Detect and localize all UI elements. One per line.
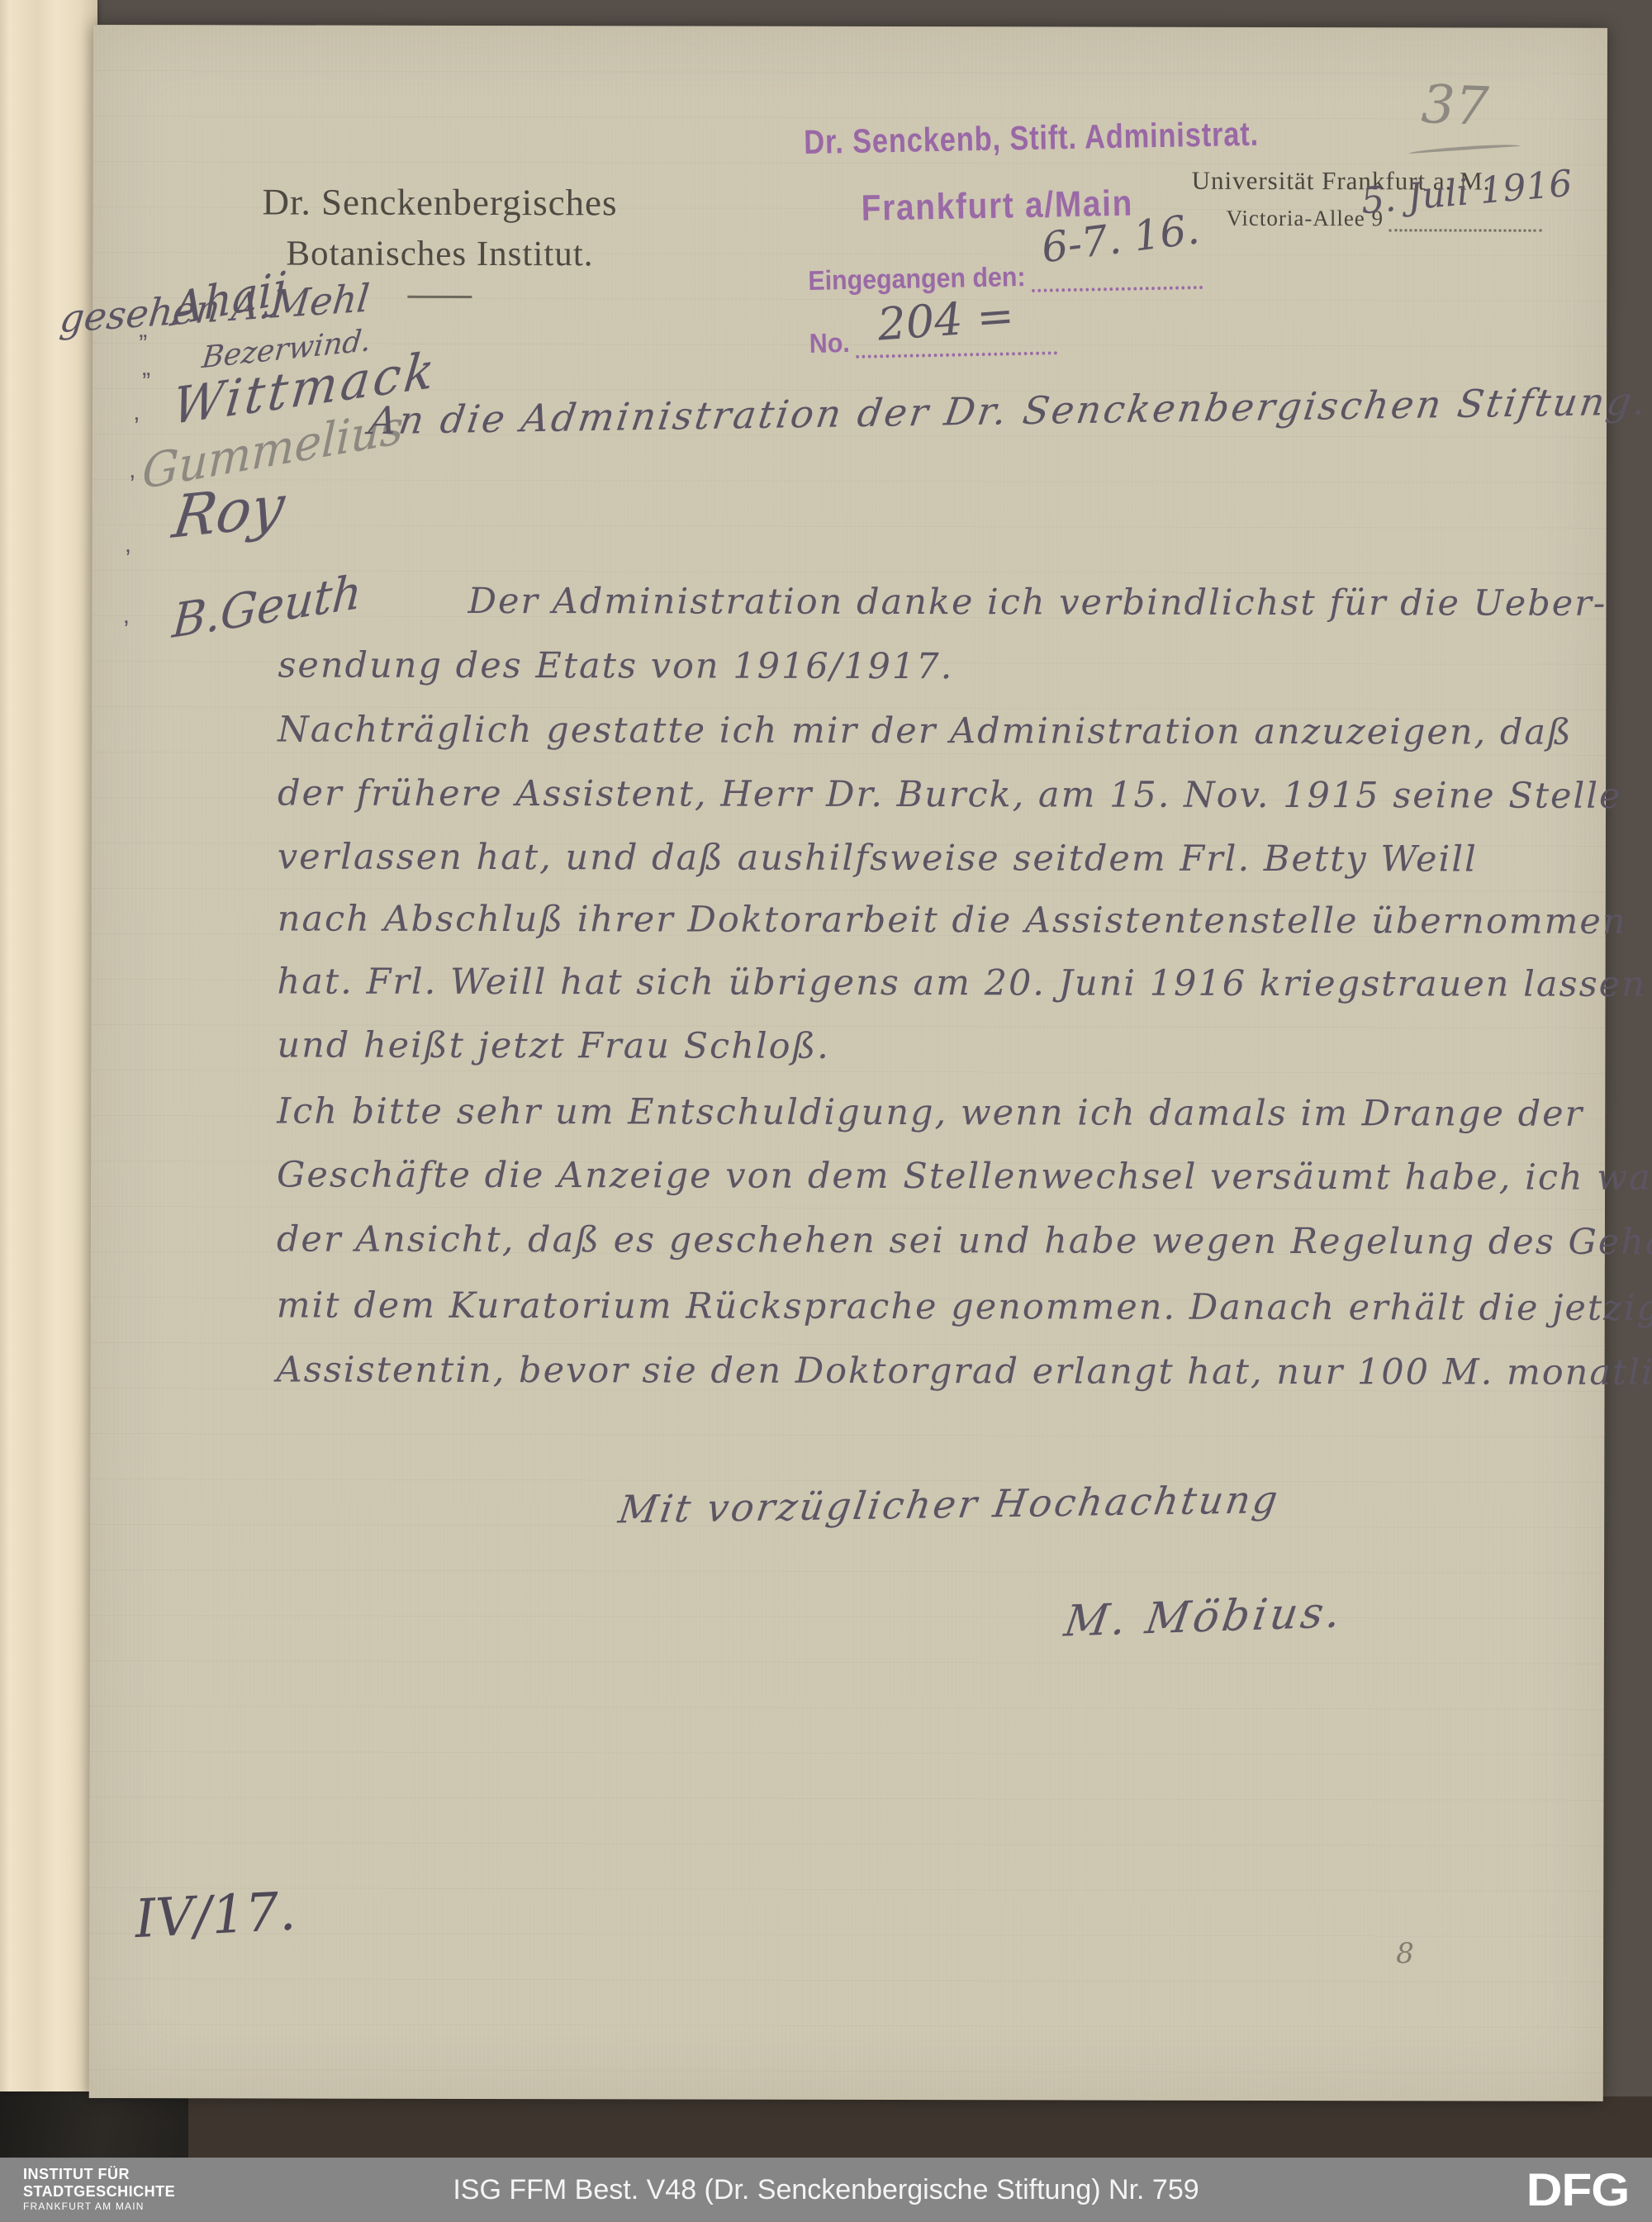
body-line: Der Administration danke ich verbindlich… (468, 581, 1607, 624)
body-line: mit dem Kuratorium Rücksprache genommen.… (277, 1284, 1652, 1329)
dfg-logo: DFG (1526, 2163, 1629, 2216)
body-line: sendung des Etats von 1916/1917. (278, 644, 953, 687)
ditto-mark: ‚ (123, 601, 129, 629)
handwritten-entry-number: 204 = (876, 289, 1016, 351)
letterhead-line2: Botanisches Institut. (237, 233, 642, 274)
ditto-mark: ‚ (130, 456, 135, 484)
body-line: nach Abschluß ihrer Doktorarbeit die Ass… (278, 898, 1627, 942)
body-line: Ich bitte sehr um Entschuldigung, wenn i… (277, 1090, 1583, 1134)
signature: M. Möbius. (1061, 1588, 1347, 1646)
closing-line: Mit vorzüglicher Hochachtung (615, 1477, 1283, 1531)
stamp-number-label: No. (809, 327, 850, 359)
margin-signature: Roy (169, 472, 289, 552)
university-street: Victoria-Allee 9 (1226, 206, 1384, 231)
body-line: verlassen hat, und daß aushilfsweise sei… (278, 836, 1478, 880)
archive-footer-bar: INSTITUT FÜR STADTGESCHICHTE FRANKFURT A… (0, 2158, 1652, 2222)
letter-page: Dr. Senckenbergisches Botanisches Instit… (89, 25, 1607, 2101)
receipt-stamp: Dr. Senckenb, Stift. Administrat. Frankf… (804, 116, 1217, 123)
body-line: und heißt jetzt Frau Schloß. (277, 1024, 830, 1066)
ditto-mark: ‚ (126, 530, 131, 558)
letterhead-divider (407, 296, 472, 298)
body-line: der Ansicht, daß es geschehen sei und ha… (277, 1218, 1652, 1263)
body-line: der frühere Assistent, Herr Dr. Burck, a… (278, 772, 1622, 816)
folio-underline (1409, 143, 1521, 154)
university-imprint: Universität Frankfurt a. M. Victoria-All… (1192, 166, 1491, 197)
page-mark: 8 (1396, 1937, 1414, 1970)
address-line: An die Administration der Dr. Senckenber… (366, 378, 1651, 443)
margin-signature: B.Geuth (171, 565, 363, 649)
body-line: hat. Frl. Weill hat sich übrigens am 20.… (278, 961, 1646, 1004)
folio-number: 37 (1420, 74, 1489, 138)
body-line: Assistentin, bevor sie den Doktorgrad er… (277, 1349, 1652, 1393)
ditto-mark: ‚ (134, 398, 140, 426)
body-line: Nachträglich gestatte ich mir der Admini… (278, 709, 1573, 753)
archive-reference: ISG FFM Best. V48 (Dr. Senckenbergische … (0, 2158, 1652, 2222)
ditto-mark: „ (142, 354, 150, 382)
stamp-line1: Dr. Senckenb, Stift. Administrat. (804, 115, 1260, 162)
letterhead-line1: Dr. Senckenbergisches (237, 180, 642, 224)
ditto-mark: „ (139, 316, 147, 344)
desk-background (0, 2096, 1652, 2163)
registry-mark: IV/17. (133, 1881, 297, 1950)
body-line: Geschäfte die Anzeige von dem Stellenwec… (277, 1154, 1652, 1199)
